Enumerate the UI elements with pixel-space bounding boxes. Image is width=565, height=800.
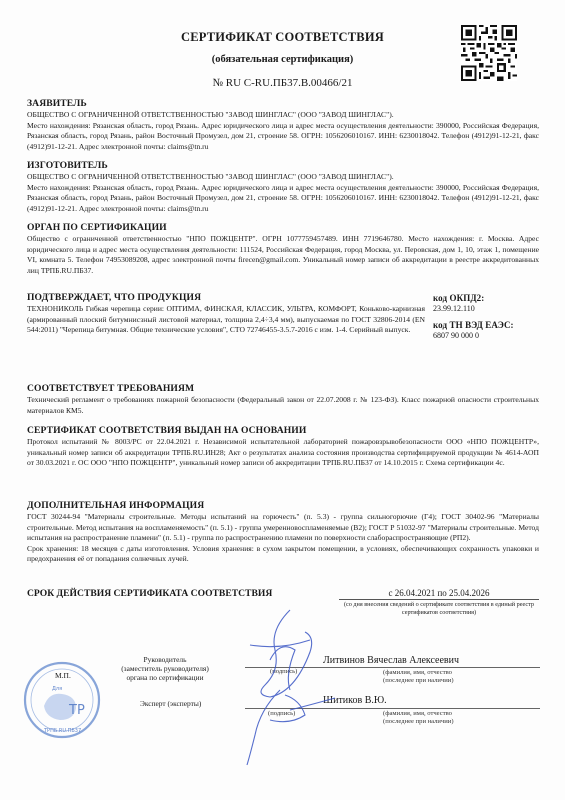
manufacturer-details: Место нахождения: Рязанская область, гор…	[27, 183, 539, 215]
expert-name-caption-line-1: (фамилия, имя, отчество	[383, 710, 454, 718]
manufacturer-heading: ИЗГОТОВИТЕЛЬ	[27, 160, 539, 172]
requirements-section: СООТВЕТСТВУЕТ ТРЕБОВАНИЯМ Технический ре…	[27, 383, 539, 416]
qr-code-icon	[461, 25, 517, 81]
head-role-line-3: органа по сертификации	[100, 673, 230, 682]
head-role-line-2: (заместитель руководителя)	[100, 664, 230, 673]
requirements-text: Технический регламент о требованиях пожа…	[27, 395, 539, 416]
head-name-caption: (фамилия, имя, отчество (последнее при н…	[383, 669, 454, 686]
expert-name-caption: (фамилия, имя, отчество (последнее при н…	[383, 710, 454, 727]
applicant-section: ЗАЯВИТЕЛЬ ОБЩЕСТВО С ОГРАНИЧЕННОЙ ОТВЕТС…	[27, 98, 539, 152]
basis-section: СЕРТИФИКАТ СООТВЕТСТВИЯ ВЫДАН НА ОСНОВАН…	[27, 425, 539, 469]
product-codes: код ОКПД2: 23.99.12.110 код ТН ВЭД ЕАЭС:…	[433, 292, 539, 345]
additional-info-heading: ДОПОЛНИТЕЛЬНАЯ ИНФОРМАЦИЯ	[27, 500, 539, 512]
validity-label: СРОК ДЕЙСТВИЯ СЕРТИФИКАТА СООТВЕТСТВИЯ	[27, 588, 272, 599]
product-section: ПОДТВЕРЖДАЕТ, ЧТО ПРОДУКЦИЯ ТЕХНОНИКОЛЬ …	[27, 292, 539, 345]
storage-conditions: Срок хранения: 18 месяцев с даты изготов…	[27, 544, 539, 565]
expert-name-caption-line-2: (последнее при наличии)	[383, 718, 454, 726]
applicant-name: ОБЩЕСТВО С ОГРАНИЧЕННОЙ ОТВЕТСТВЕННОСТЬЮ…	[27, 110, 539, 121]
head-role-line-1: Руководитель	[100, 655, 230, 664]
head-name-caption-line-2: (последнее при наличии)	[383, 677, 454, 685]
product-heading: ПОДТВЕРЖДАЕТ, ЧТО ПРОДУКЦИЯ	[27, 292, 425, 304]
certification-body-section: ОРГАН ПО СЕРТИФИКАЦИИ Общество с огранич…	[27, 222, 539, 276]
requirements-heading: СООТВЕТСТВУЕТ ТРЕБОВАНИЯМ	[27, 383, 539, 395]
svg-text:ТРПБ.RU.ПБ37: ТРПБ.RU.ПБ37	[43, 728, 81, 734]
head-name: Литвинов Вячеслав Алексеевич	[323, 655, 459, 666]
certificate-page: СЕРТИФИКАТ СООТВЕТСТВИЯ (обязательная се…	[0, 0, 565, 800]
manufacturer-name: ОБЩЕСТВО С ОГРАНИЧЕННОЙ ОТВЕТСТВЕННОСТЬЮ…	[27, 172, 539, 183]
additional-info-section: ДОПОЛНИТЕЛЬНАЯ ИНФОРМАЦИЯ ГОСТ 30244-94 …	[27, 500, 539, 565]
basis-text: Протокол испытаний № 8003/РС от 22.04.20…	[27, 437, 539, 469]
applicant-heading: ЗАЯВИТЕЛЬ	[27, 98, 539, 110]
head-role: Руководитель (заместитель руководителя) …	[100, 655, 230, 682]
head-name-caption-line-1: (фамилия, имя, отчество	[383, 669, 454, 677]
tnved-value: 6807 90 000 0	[433, 331, 539, 342]
validity-dates: с 26.04.2021 по 25.04.2026	[339, 588, 539, 600]
certification-body-details: Общество с ограниченной ответственностью…	[27, 234, 539, 276]
product-description: ТЕХНОНИКОЛЬ Гибкая черепица серии: ОПТИМ…	[27, 304, 425, 336]
okpd2-value: 23.99.12.110	[433, 304, 539, 315]
applicant-details: Место нахождения: Рязанская область, гор…	[27, 121, 539, 153]
tnved-label: код ТН ВЭД ЕАЭС:	[433, 319, 539, 331]
additional-info-text: ГОСТ 30244-94 "Материалы строительные. М…	[27, 512, 539, 544]
validity-note: (со дня внесения сведений о сертификате …	[339, 601, 539, 617]
manufacturer-section: ИЗГОТОВИТЕЛЬ ОБЩЕСТВО С ОГРАНИЧЕННОЙ ОТВ…	[27, 160, 539, 214]
svg-text:ТР: ТР	[68, 703, 85, 718]
basis-heading: СЕРТИФИКАТ СООТВЕТСТВИЯ ВЫДАН НА ОСНОВАН…	[27, 425, 539, 437]
certification-body-heading: ОРГАН ПО СЕРТИФИКАЦИИ	[27, 222, 539, 234]
stamp-label: М.П.	[55, 671, 71, 680]
svg-text:Для: Для	[52, 686, 62, 692]
signature-icon	[230, 600, 340, 770]
expert-role: Эксперт (эксперты)	[140, 699, 201, 708]
okpd2-label: код ОКПД2:	[433, 292, 539, 304]
